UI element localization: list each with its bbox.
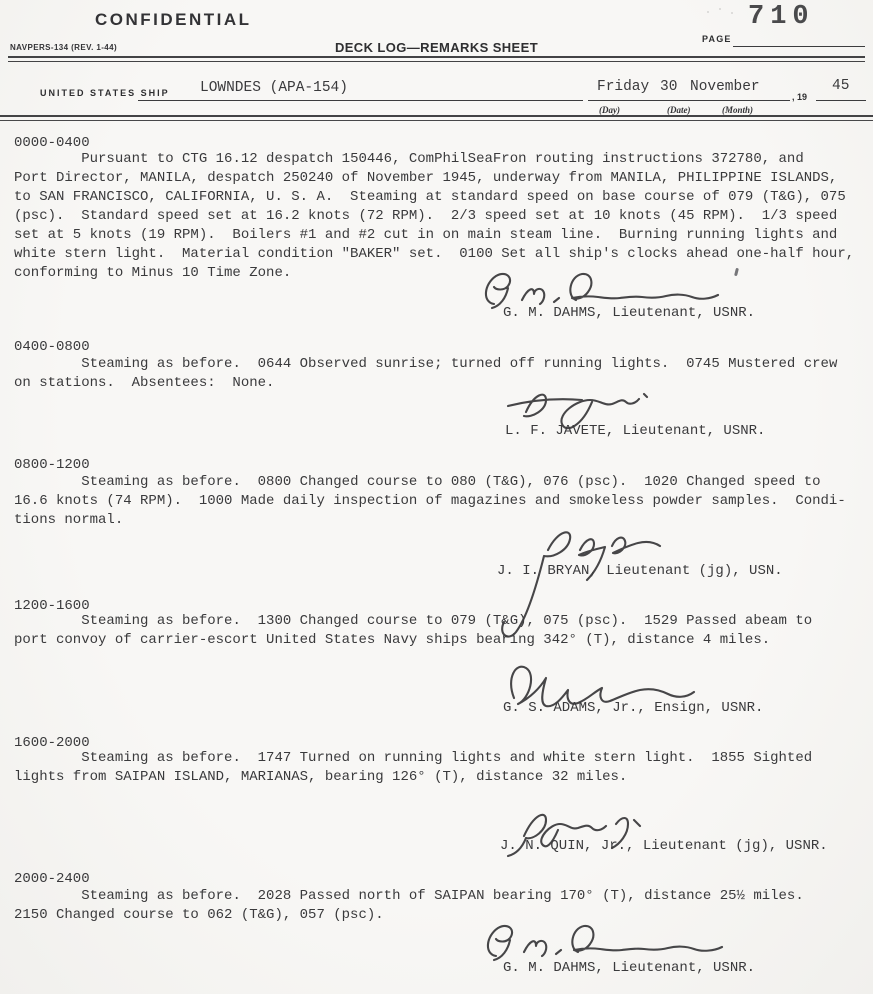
remarks-0800-1200: Steaming as before. 0800 Changed course … <box>14 473 862 530</box>
remarks-1600-2000: Steaming as before. 1747 Turned on runni… <box>14 749 862 787</box>
date-column-label: (Date) <box>667 105 691 115</box>
date-year-value: 45 <box>832 78 849 94</box>
officer-line-adams: G. S. ADAMS, Jr., Ensign, USNR. <box>503 700 763 716</box>
classification-stamp: CONFIDENTIAL <box>95 10 252 30</box>
officer-line-quin: J. N. QUIN, Jr., Lieutenant (jg), USNR. <box>500 838 828 854</box>
ship-name-underline <box>138 100 583 101</box>
watch-period-2000-2400: 2000-2400 <box>14 871 90 887</box>
ship-label: UNITED STATES SHIP <box>40 88 170 98</box>
date-date-value: 30 <box>660 79 677 95</box>
date-underline <box>588 100 790 101</box>
officer-line-javete: L. F. JAVETE, Lieutenant, USNR. <box>505 423 765 439</box>
page-number-ghost-mark <box>700 4 746 22</box>
officer-line-bryan: J. I. BRYAN, Lieutenant (jg), USN. <box>497 563 783 579</box>
page-number: 710 <box>748 2 815 32</box>
remarks-0000-0400: Pursuant to CTG 16.12 despatch 150446, C… <box>14 150 862 283</box>
year-prefix: , 19 <box>792 92 807 102</box>
officer-line-dahms-1: G. M. DAHMS, Lieutenant, USNR. <box>503 305 755 321</box>
remarks-2000-2400: Steaming as before. 2028 Passed north of… <box>14 887 862 925</box>
remarks-1200-1600: Steaming as before. 1300 Changed course … <box>14 612 862 650</box>
date-day-value: Friday <box>597 79 649 95</box>
watch-period-0800-1200: 0800-1200 <box>14 457 90 473</box>
ship-name: LOWNDES (APA-154) <box>200 80 348 96</box>
deck-log-remarks-sheet: CONFIDENTIAL 710 PAGE NAVPERS-134 (REV. … <box>0 0 873 994</box>
watch-period-0000-0400: 0000-0400 <box>14 135 90 151</box>
watch-period-0400-0800: 0400-0800 <box>14 339 90 355</box>
month-column-label: (Month) <box>722 105 753 115</box>
sheet-title: DECK LOG—REMARKS SHEET <box>0 40 873 55</box>
date-month-value: November <box>690 79 760 95</box>
day-column-label: (Day) <box>599 105 620 115</box>
year-underline <box>816 100 866 101</box>
officer-line-dahms-2: G. M. DAHMS, Lieutenant, USNR. <box>503 960 755 976</box>
header-divider-bottom <box>0 115 873 121</box>
header-divider-top <box>8 56 865 62</box>
remarks-0400-0800: Steaming as before. 0644 Observed sunris… <box>14 355 862 393</box>
